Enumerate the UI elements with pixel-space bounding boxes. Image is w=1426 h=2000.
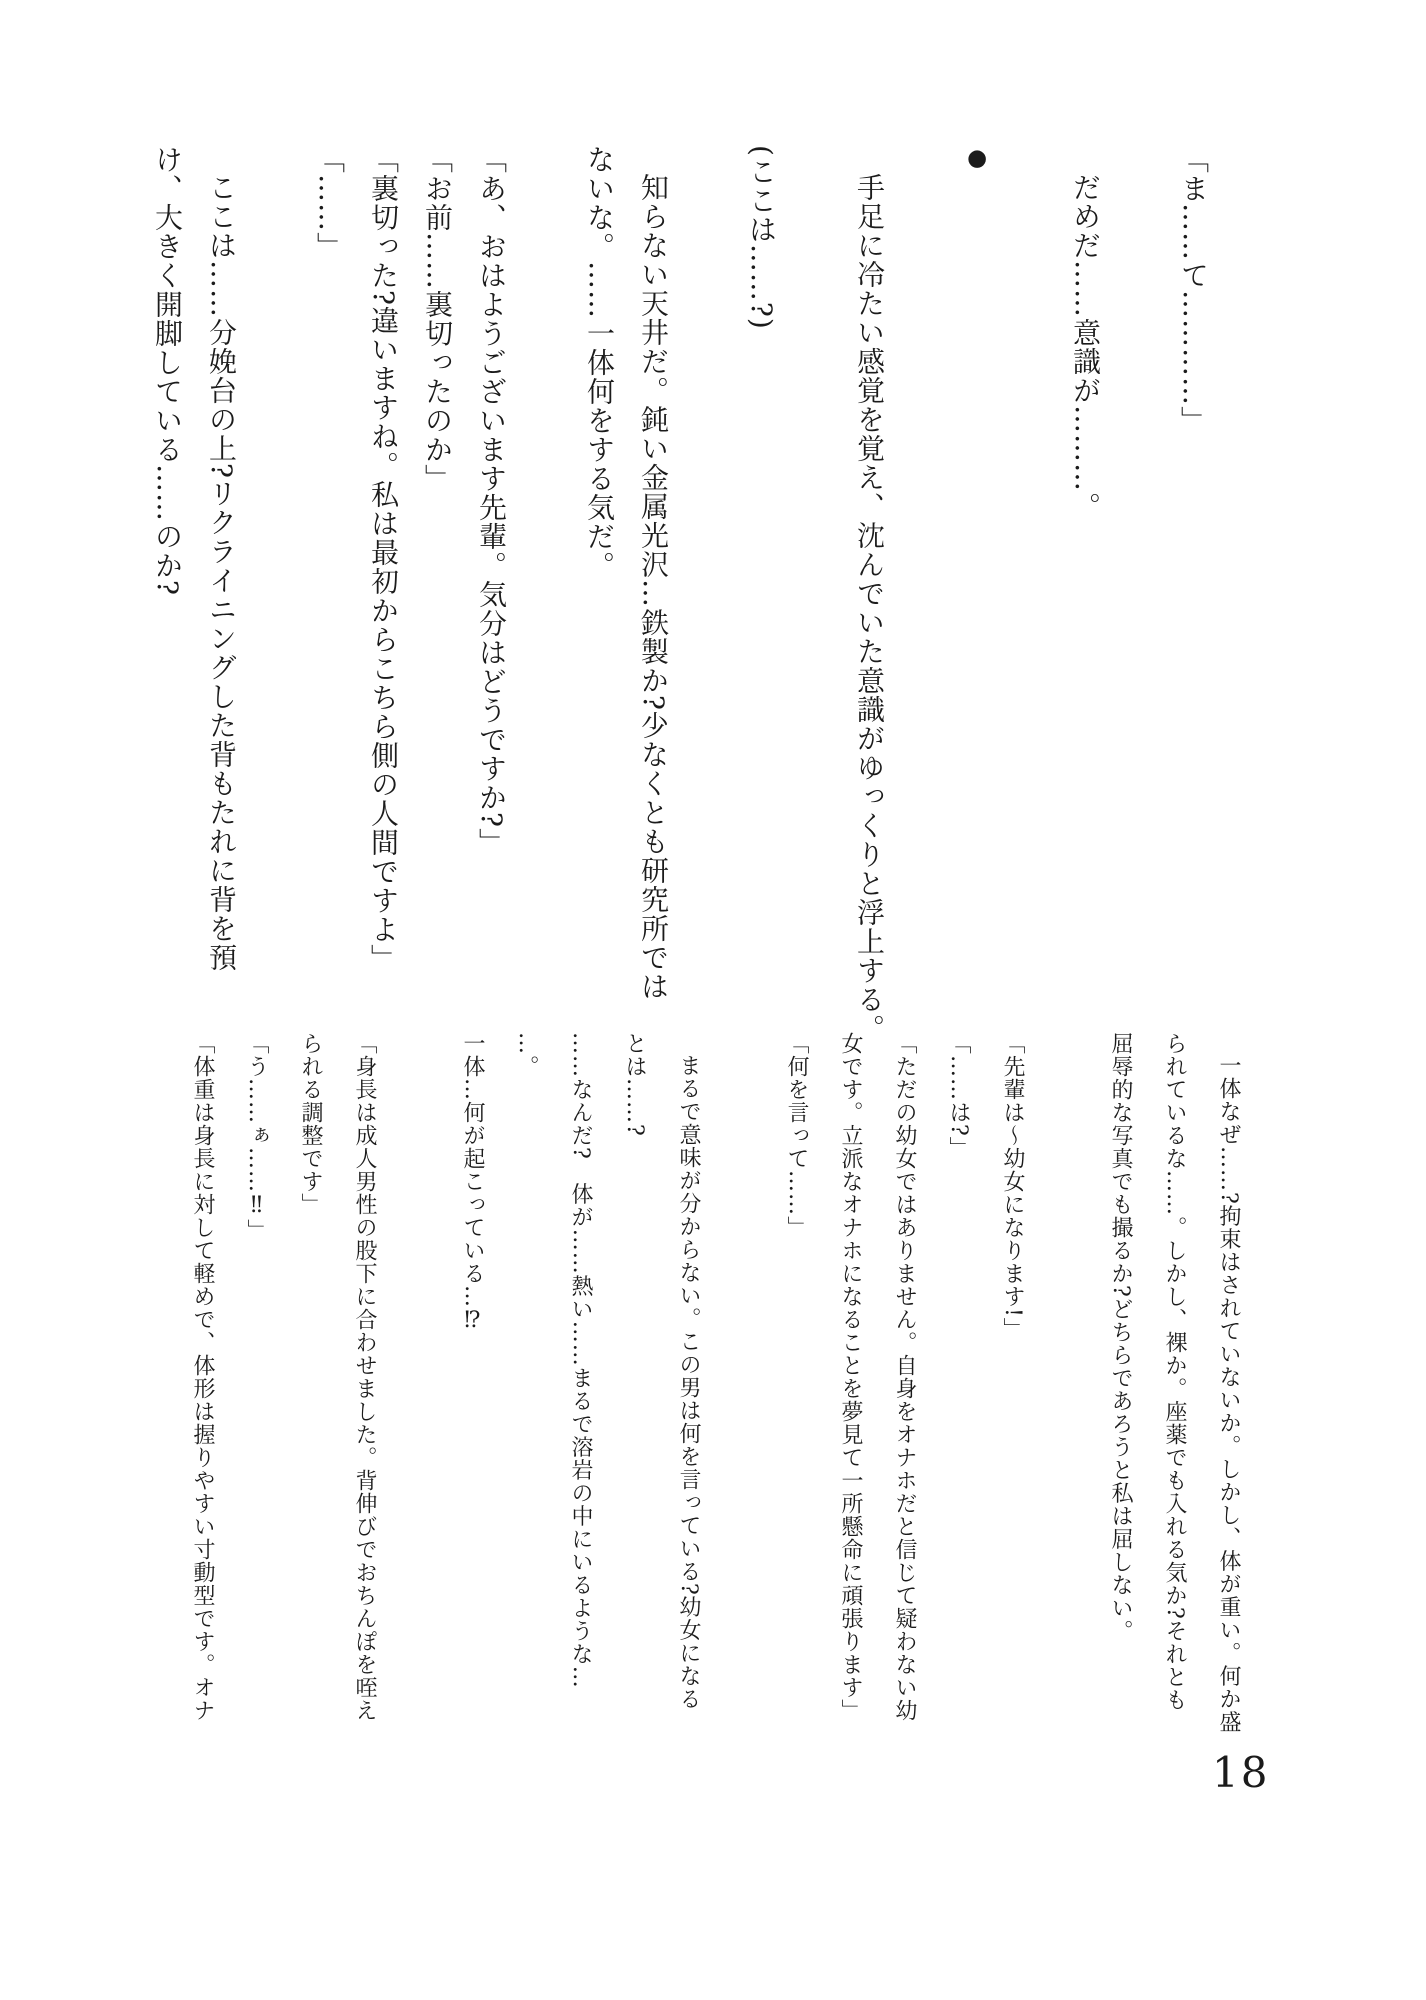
text-line: 一体…何が起こっている…⁉	[445, 1032, 499, 1722]
text-line: ないな。……一体何をする気だ。	[572, 145, 626, 1025]
text-line: 「ただの幼女ではありません。自身をオナホだと信じて疑わない幼	[877, 1032, 931, 1722]
text-line: 「ま……て…………」	[1166, 145, 1220, 1025]
blank-line	[1112, 145, 1166, 1025]
text-line: られているな……。しかし、裸か。座薬でも入れる気か?それとも	[1147, 1032, 1201, 1722]
blank-line	[715, 1032, 769, 1722]
text-line: 「……」	[302, 145, 356, 1025]
bottom-text-block: 一体なぜ……?拘束はされていないか。しかし、体が重い。何か盛られているな……。し…	[175, 1032, 1255, 1722]
blank-line	[896, 145, 950, 1025]
blank-line	[1004, 145, 1058, 1025]
text-line: 「何を言って……」	[769, 1032, 823, 1722]
text-line: 知らない天井だ。鈍い金属光沢…鉄製か?少なくとも研究所では	[626, 145, 680, 1025]
text-line: 「あ、おはようございます先輩。気分はどうですか?」	[464, 145, 518, 1025]
text-line: 「お前……裏切ったのか」	[410, 145, 464, 1025]
top-text-block: 「ま……て…………」 だめだ……意識が………。 ● 手足に冷たい感覚を覚え、沈ん…	[140, 145, 1220, 1025]
text-line: 手足に冷たい感覚を覚え、沈んでいた意識がゆっくりと浮上する。	[842, 145, 896, 1025]
text-line: 女です。立派なオナホになることを夢見て一所懸命に頑張ります」	[823, 1032, 877, 1722]
text-line: …。	[499, 1032, 553, 1722]
blank-line	[248, 145, 302, 1025]
page-number: 18	[1212, 1748, 1332, 1797]
text-line: まるで意味が分からない。この男は何を言っている?幼女になる	[661, 1032, 715, 1722]
text-line: だめだ……意識が………。	[1058, 145, 1112, 1025]
text-line: 「裏切った?違いますね。私は最初からこちら側の人間ですよ」	[356, 145, 410, 1025]
text-line: 「身長は成人男性の股下に合わせました。背伸びでおちんぽを咥え	[337, 1032, 391, 1722]
text-line: られる調整です」	[283, 1032, 337, 1722]
text-line: 「……は?」	[931, 1032, 985, 1722]
text-line: ここは……分娩台の上?リクライニングした背もたれに背を預	[194, 145, 248, 1025]
text-line: ……なんだ? 体が……熱い……まるで溶岩の中にいるような…	[553, 1032, 607, 1722]
blank-line	[1039, 1032, 1093, 1722]
blank-line	[680, 145, 734, 1025]
novel-page: { "page": { "number": "18", "language": …	[0, 0, 1426, 2000]
blank-line	[788, 145, 842, 1025]
text-line: け、大きく開脚している……のか?	[140, 145, 194, 1025]
text-line: 「体重は身長に対して軽めで、体形は握りやすい寸動型です。オナ	[175, 1032, 229, 1722]
text-line: 一体なぜ……?拘束はされていないか。しかし、体が重い。何か盛	[1201, 1032, 1255, 1722]
text-line: 「う……ぁ……‼」	[229, 1032, 283, 1722]
blank-line	[391, 1032, 445, 1722]
text-line: (ここは……?)	[734, 145, 788, 1025]
text-line: 屈辱的な写真でも撮るか?どちらであろうと私は屈しない。	[1093, 1032, 1147, 1722]
text-line: 「先輩は〜幼女になります!」	[985, 1032, 1039, 1722]
text-line: とは……?	[607, 1032, 661, 1722]
section-marker: ●	[950, 145, 1004, 1025]
blank-line	[518, 145, 572, 1025]
